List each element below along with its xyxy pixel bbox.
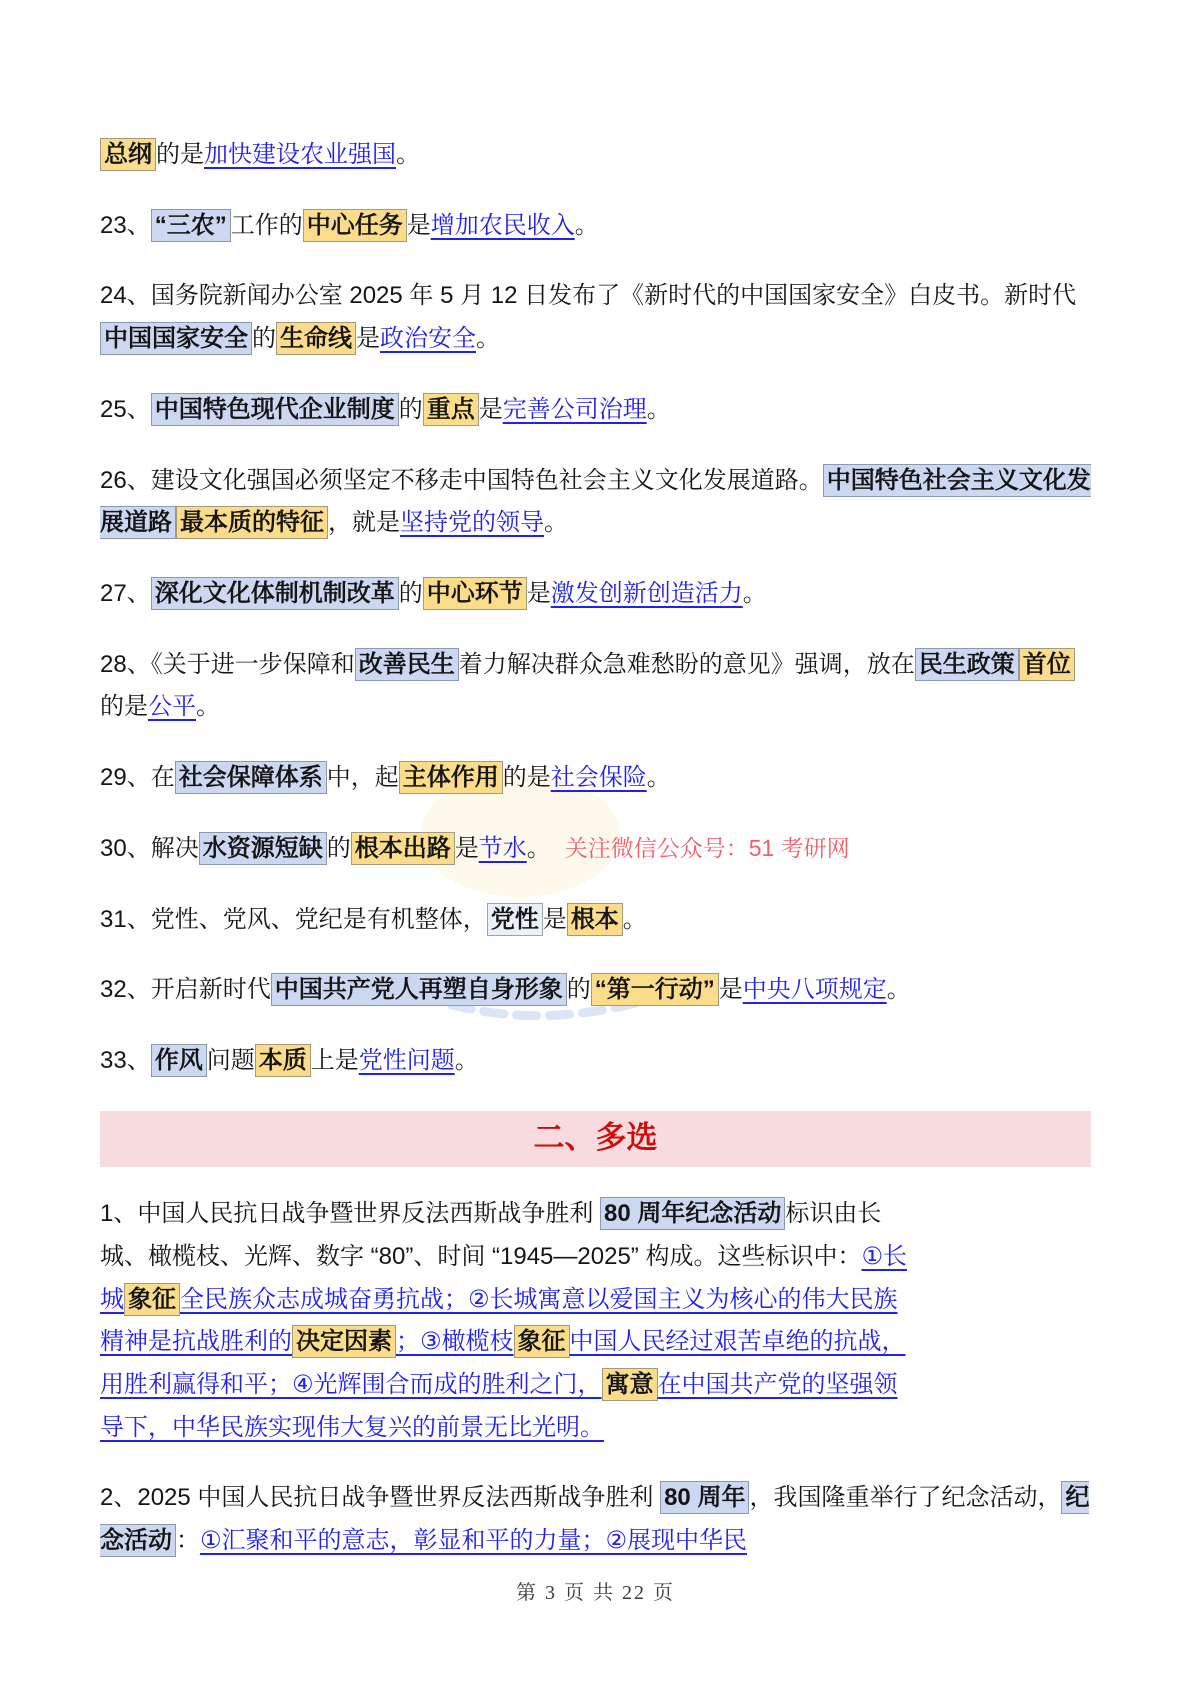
term-highlight-blue: 80 周年纪念活动 bbox=[600, 1197, 785, 1230]
term-highlight-yellow: 本质 bbox=[255, 1044, 311, 1077]
text-run: 2、2025 中国人民抗日战争暨世界反法西斯战争胜利 bbox=[100, 1484, 660, 1511]
answer-underlined: 加快建设农业强国 bbox=[204, 141, 396, 168]
multi-item-1: 1、中国人民抗日战争暨世界反法西斯战争胜利 80 周年纪念活动标识由长城、橄榄枝… bbox=[100, 1193, 1091, 1449]
term-highlight-blue: 民生政策 bbox=[915, 648, 1019, 681]
text-run: 工作的 bbox=[231, 212, 303, 239]
statement-24: 24、国务院新闻办公室 2025 年 5 月 12 日发布了《新时代的中国国家安… bbox=[100, 275, 1091, 360]
statement-22-tail: 总纲的是加快建设农业强国。 bbox=[100, 134, 1091, 177]
term-highlight-yellow: 总纲 bbox=[100, 138, 156, 171]
text-run: 的是 bbox=[503, 764, 551, 791]
text-run: 24、国务院新闻办公室 2025 年 5 月 12 日发布了《新时代的中国国家安… bbox=[100, 282, 1076, 309]
text-run: 。 bbox=[575, 212, 599, 239]
text-run: 1、中国人民抗日战争暨世界反法西斯战争胜利 bbox=[100, 1200, 600, 1227]
term-highlight-yellow: 根本 bbox=[567, 903, 623, 936]
answer-underlined: 完善公司治理 bbox=[503, 396, 647, 423]
text-run: 31、党性、党风、党纪是有机整体， bbox=[100, 906, 487, 933]
text-run: 是 bbox=[543, 906, 567, 933]
text-run: 26、建设文化强国必须坚定不移走中国特色社会主义文化发展道路。 bbox=[100, 467, 823, 494]
answer-underlined: 节水 bbox=[479, 835, 527, 862]
text-run: 是 bbox=[455, 835, 479, 862]
term-highlight-yellow: 中心环节 bbox=[423, 577, 527, 610]
term-highlight-yellow: 决定因素 bbox=[292, 1325, 396, 1358]
text-run: 。 bbox=[196, 693, 220, 720]
text-run: 。 bbox=[647, 764, 671, 791]
term-highlight-blue: 水资源短缺 bbox=[199, 832, 327, 865]
term-highlight-yellow: 寓意 bbox=[602, 1368, 658, 1401]
term-highlight-yellow: 首位 bbox=[1019, 648, 1075, 681]
statement-26: 26、建设文化强国必须坚定不移走中国特色社会主义文化发展道路。中国特色社会主义文… bbox=[100, 460, 1091, 545]
term-highlight-yellow: 中心任务 bbox=[303, 209, 407, 242]
text-run: 是 bbox=[719, 976, 743, 1003]
statement-32: 32、开启新时代中国共产党人再塑自身形象的“第一行动”是中央八项规定。 bbox=[100, 969, 1091, 1012]
term-highlight-yellow: 生命线 bbox=[276, 322, 356, 355]
answer-underlined: 公平 bbox=[148, 693, 196, 720]
text-run: 。 bbox=[544, 509, 568, 536]
text-run: 27、 bbox=[100, 580, 151, 607]
text-run: 。 bbox=[396, 141, 420, 168]
text-run: 是 bbox=[479, 396, 503, 423]
term-highlight-blue: “三农” bbox=[151, 209, 231, 242]
answer-underlined: 政治安全 bbox=[380, 325, 476, 352]
text-run: ，就是 bbox=[328, 509, 400, 536]
answer-underlined: 增加农民收入 bbox=[431, 212, 575, 239]
term-highlight-blue: 中国特色现代企业制度 bbox=[151, 393, 399, 426]
document-page: 总纲的是加快建设农业强国。 23、“三农”工作的中心任务是增加农民收入。 24、… bbox=[0, 0, 1191, 1563]
promo-note: 关注微信公众号：51 考研网 bbox=[565, 835, 850, 861]
answer-underlined: 社会保险 bbox=[551, 764, 647, 791]
text-run: 中，起 bbox=[327, 764, 399, 791]
answer-underlined: ①汇聚和平的意志，彰显和平的力量；②展现中华民 bbox=[200, 1527, 747, 1554]
text-run: 25、 bbox=[100, 396, 151, 423]
text-run: 23、 bbox=[100, 212, 151, 239]
term-highlight-blue: 中国国家安全 bbox=[100, 322, 252, 355]
text-run: 。 bbox=[527, 835, 551, 862]
statement-30: 30、解决水资源短缺的根本出路是节水。关注微信公众号：51 考研网 bbox=[100, 828, 1091, 871]
text-run: 。 bbox=[623, 906, 647, 933]
answer-underlined: 激发创新创造活力 bbox=[551, 580, 743, 607]
term-highlight-blue: 80 周年 bbox=[660, 1481, 749, 1514]
term-highlight-yellow: 最本质的特征 bbox=[176, 506, 328, 539]
page-number-footer: 第 3 页 共 22 页 bbox=[0, 1576, 1191, 1605]
term-highlight-blue: 社会保障体系 bbox=[175, 761, 327, 794]
statement-31: 31、党性、党风、党纪是有机整体，党性是根本。 bbox=[100, 899, 1091, 942]
statement-27: 27、深化文化体制机制改革的中心环节是激发创新创造活力。 bbox=[100, 573, 1091, 616]
text-run: 的 bbox=[399, 580, 423, 607]
text-run: 是 bbox=[356, 325, 380, 352]
term-highlight-yellow: 重点 bbox=[423, 393, 479, 426]
term-highlight-blue: 中国共产党人再塑自身形象 bbox=[271, 973, 567, 1006]
text-run: 的 bbox=[252, 325, 276, 352]
statement-33: 33、作风问题本质上是党性问题。 bbox=[100, 1040, 1091, 1083]
text-run: 上是 bbox=[311, 1047, 359, 1074]
text-run: 的是 bbox=[100, 693, 148, 720]
text-run: ，我国隆重举行了纪念活动， bbox=[749, 1484, 1061, 1511]
text-run: 的 bbox=[327, 835, 351, 862]
text-run: 。 bbox=[887, 976, 911, 1003]
text-run: 的 bbox=[567, 976, 591, 1003]
text-run: 的 bbox=[399, 396, 423, 423]
answer-underlined: 中央八项规定 bbox=[743, 976, 887, 1003]
text-run: ： bbox=[176, 1527, 200, 1554]
term-highlight-yellow: 象征 bbox=[514, 1325, 570, 1358]
term-highlight-blue: 深化文化体制机制改革 bbox=[151, 577, 399, 610]
text-run: 32、开启新时代 bbox=[100, 976, 271, 1003]
term-highlight-pale-blue: 党性 bbox=[487, 903, 543, 936]
text-run: 的是 bbox=[156, 141, 204, 168]
text-run: 是 bbox=[407, 212, 431, 239]
statement-28: 28、《关于进一步保障和改善民生着力解决群众急难愁盼的意见》强调，放在民生政策首… bbox=[100, 644, 1091, 729]
term-highlight-blue: 改善民生 bbox=[355, 648, 459, 681]
text-run: 29、在 bbox=[100, 764, 175, 791]
answer-underlined: 坚持党的领导 bbox=[400, 509, 544, 536]
text-run: 30、解决 bbox=[100, 835, 199, 862]
text-run: 。 bbox=[455, 1047, 479, 1074]
multi-item-2: 2、2025 中国人民抗日战争暨世界反法西斯战争胜利 80 周年，我国隆重举行了… bbox=[100, 1477, 1091, 1562]
text-run: 问题 bbox=[207, 1047, 255, 1074]
section-header-multiple-choice: 二、多选 bbox=[100, 1111, 1091, 1167]
statement-29: 29、在社会保障体系中，起主体作用的是社会保险。 bbox=[100, 757, 1091, 800]
text-run: 28、《关于进一步保障和 bbox=[100, 651, 355, 678]
term-highlight-yellow: 象征 bbox=[124, 1283, 180, 1316]
text-run: 。 bbox=[647, 396, 671, 423]
term-highlight-yellow: 主体作用 bbox=[399, 761, 503, 794]
answer-underlined: 党性问题 bbox=[359, 1047, 455, 1074]
text-run: 。 bbox=[476, 325, 500, 352]
term-highlight-yellow: 根本出路 bbox=[351, 832, 455, 865]
term-highlight-blue: 作风 bbox=[151, 1044, 207, 1077]
statement-23: 23、“三农”工作的中心任务是增加农民收入。 bbox=[100, 205, 1091, 248]
text-run: 。 bbox=[743, 580, 767, 607]
text-run: 着力解决群众急难愁盼的意见》强调，放在 bbox=[459, 651, 915, 678]
term-highlight-yellow: “第一行动” bbox=[591, 973, 719, 1006]
statement-25: 25、中国特色现代企业制度的重点是完善公司治理。 bbox=[100, 389, 1091, 432]
text-run: 33、 bbox=[100, 1047, 151, 1074]
text-run: 是 bbox=[527, 580, 551, 607]
answer-underlined: ；③橄榄枝 bbox=[396, 1328, 514, 1355]
